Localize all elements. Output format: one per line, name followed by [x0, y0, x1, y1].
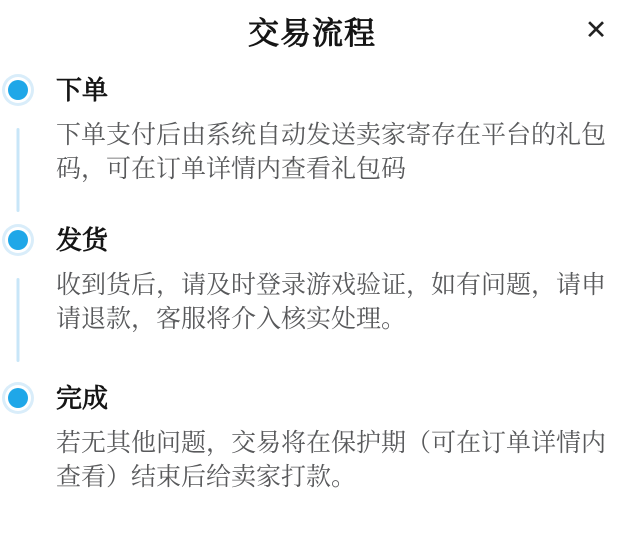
step-description-line: 下单支付后由系统自动发送卖家寄存在平台的礼包	[56, 118, 612, 152]
step-content: 下单 下单支付后由系统自动发送卖家寄存在平台的礼包 码，可在订单详情内查看礼包码	[56, 74, 612, 186]
dialog-title: 交易流程	[0, 0, 624, 51]
close-button[interactable]: ✕	[578, 12, 614, 48]
transaction-process-dialog: 交易流程 ✕ 下单 下单支付后由系统自动发送卖家寄存在平台的礼包 码，可在订单详…	[0, 0, 624, 536]
step-description: 下单支付后由系统自动发送卖家寄存在平台的礼包 码，可在订单详情内查看礼包码	[56, 118, 612, 186]
step-description-line: 请退款，客服将介入核实处理。	[56, 302, 612, 336]
step-description-line: 收到货后，请及时登录游戏验证，如有问题，请申	[56, 268, 612, 302]
step-title: 发货	[56, 224, 612, 256]
step-description: 收到货后，请及时登录游戏验证，如有问题，请申 请退款，客服将介入核实处理。	[56, 268, 612, 336]
step-description-line: 若无其他问题，交易将在保护期（可在订单详情内	[56, 426, 612, 460]
step-description: 若无其他问题，交易将在保护期（可在订单详情内 查看）结束后给卖家打款。	[56, 426, 612, 494]
step-content: 发货 收到货后，请及时登录游戏验证，如有问题，请申 请退款，客服将介入核实处理。	[56, 224, 612, 336]
step-connector-line	[17, 278, 20, 362]
step-item-delivery: 发货 收到货后，请及时登录游戏验证，如有问题，请申 请退款，客服将介入核实处理。	[2, 224, 612, 336]
step-dot-icon	[8, 80, 28, 100]
step-connector-line	[17, 128, 20, 212]
step-dot-icon	[8, 388, 28, 408]
step-marker	[2, 382, 34, 494]
close-icon: ✕	[585, 17, 608, 44]
dialog-header: 交易流程 ✕	[0, 0, 624, 60]
step-marker	[2, 224, 34, 336]
step-description-line: 码，可在订单详情内查看礼包码	[56, 152, 612, 186]
step-title: 下单	[56, 74, 612, 106]
step-item-complete: 完成 若无其他问题，交易将在保护期（可在订单详情内 查看）结束后给卖家打款。	[2, 382, 612, 494]
step-dot-icon	[8, 230, 28, 250]
step-content: 完成 若无其他问题，交易将在保护期（可在订单详情内 查看）结束后给卖家打款。	[56, 382, 612, 494]
step-title: 完成	[56, 382, 612, 414]
step-description-line: 查看）结束后给卖家打款。	[56, 460, 612, 494]
steps-timeline: 下单 下单支付后由系统自动发送卖家寄存在平台的礼包 码，可在订单详情内查看礼包码…	[0, 60, 624, 494]
step-item-place-order: 下单 下单支付后由系统自动发送卖家寄存在平台的礼包 码，可在订单详情内查看礼包码	[2, 74, 612, 186]
step-marker	[2, 74, 34, 186]
